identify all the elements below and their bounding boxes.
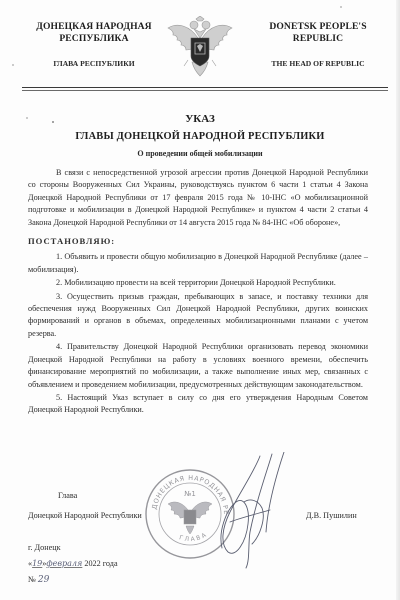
decree-item-4: 4. Правительству Донецкой Народной Респу… bbox=[28, 341, 368, 391]
decree-item-3: 3. Осуществить призыв граждан, пребывающ… bbox=[28, 291, 368, 341]
header-left-subtitle: ГЛАВА РЕСПУБЛИКИ bbox=[30, 59, 158, 68]
date-month: февраля bbox=[46, 559, 82, 568]
scan-speck bbox=[340, 6, 342, 8]
date-year: 2022 года bbox=[84, 559, 117, 568]
page-edge-shadow bbox=[396, 0, 400, 600]
decree-heading: ПОСТАНОВЛЯЮ: bbox=[28, 235, 368, 247]
document-type: УКАЗ bbox=[0, 113, 400, 125]
document-subject: О проведении общей мобилизации bbox=[0, 149, 400, 158]
decree-item-1: 1. Объявить и провести общую мобилизацию… bbox=[28, 251, 368, 276]
coat-of-arms-icon bbox=[164, 16, 236, 80]
preamble-paragraph: В связи с непосредственной угрозой агрес… bbox=[28, 167, 368, 229]
decree-number: № 29 bbox=[28, 575, 49, 585]
decree-item-5: 5. Настоящий Указ вступает в силу со дня… bbox=[28, 392, 368, 417]
document-issuer: ГЛАВЫ ДОНЕЦКОЙ НАРОДНОЙ РЕСПУБЛИКИ bbox=[0, 131, 400, 142]
header-right-title: DONETSK PEOPLE'S REPUBLIC bbox=[262, 21, 374, 44]
header-left-title: ДОНЕЦКАЯ НАРОДНАЯ РЕСПУБЛИКА bbox=[30, 21, 158, 44]
issue-date: «19»февраля 2022 года bbox=[28, 559, 118, 568]
signatory-position: Глава bbox=[58, 491, 77, 500]
date-day: 19 bbox=[32, 559, 42, 568]
issue-city: г. Донецк bbox=[28, 543, 61, 552]
number-value: 29 bbox=[38, 575, 49, 585]
header-divider bbox=[22, 87, 388, 91]
decree-item-2: 2. Мобилизацию провести на всей территор… bbox=[28, 277, 368, 289]
seal-number: №1 bbox=[184, 490, 196, 498]
signatory-name: Д.В. Пушилин bbox=[306, 511, 357, 520]
signatory-organization: Донецкой Народной Республики bbox=[28, 511, 142, 520]
document-page: ДОНЕЦКАЯ НАРОДНАЯ РЕСПУБЛИКА ГЛАВА РЕСПУ… bbox=[0, 0, 400, 600]
document-body: В связи с непосредственной угрозой агрес… bbox=[28, 167, 368, 417]
header-right-subtitle: THE HEAD OF REPUBLIC bbox=[258, 59, 378, 68]
number-label: № bbox=[28, 575, 36, 584]
scan-speck bbox=[12, 64, 14, 66]
handwritten-signature bbox=[200, 452, 300, 572]
